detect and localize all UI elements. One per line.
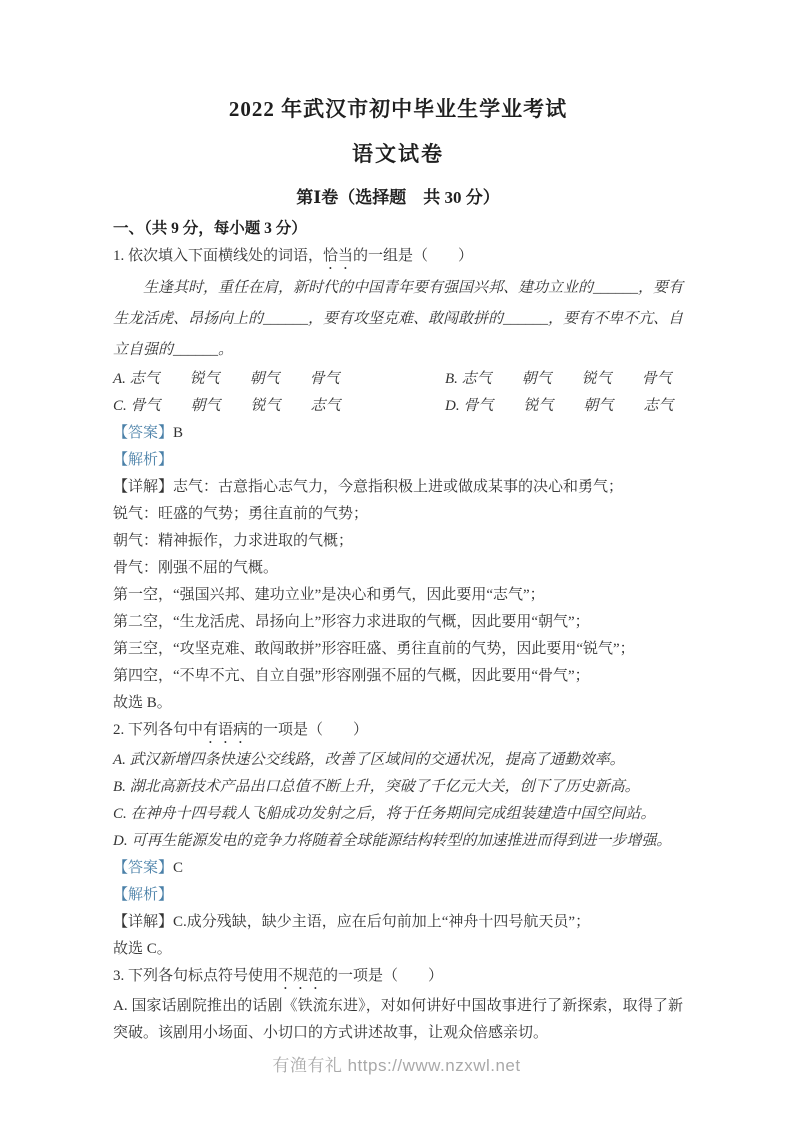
question-1-options-row-1: A. 志气 锐气 朝气 骨气 B. 志气 朝气 锐气 骨气 [113, 366, 683, 393]
analysis-marker: 【解析】 [113, 887, 173, 903]
explanation-line: 朝气：精神振作，力求进取的气概； [113, 528, 683, 555]
document-body: 2022 年武汉市初中毕业生学业考试 语文试卷 第Ⅰ卷（选择题 共 30 分） … [113, 0, 683, 1047]
watermark-text: 有渔有礼 https://www.nzxwl.net [272, 1056, 520, 1075]
question-1-option-d: D. 骨气 锐气 朝气 志气 [445, 393, 683, 420]
answer-marker: 【答案】 [113, 425, 173, 441]
question-2-stem: 2. 下列各句中有语病的一项是（ ） [113, 717, 683, 747]
question-3-option-a: A. 国家话剧院推出的话剧《铁流东进》，对如何讲好中国故事进行了新探索，取得了新… [113, 993, 683, 1047]
question-2-option-d: D. 可再生能源发电的竞争力将随着全球能源结构转型的加速推进而得到进一步增强。 [113, 828, 683, 855]
explanation-conclusion: 故选 B。 [113, 690, 683, 717]
explanation-line: 第一空，“强国兴邦、建功立业”是决心和勇气，因此要用“志气”； [113, 582, 683, 609]
explanation-line: 【详解】志气：古意指心志气力，今意指积极上进或做成某事的决心和勇气； [113, 474, 683, 501]
question-2-stem-pre: 2. 下列各句中 [113, 722, 203, 738]
question-1-analysis-line: 【解析】 [113, 447, 683, 474]
watermark-footer: 有渔有礼 https://www.nzxwl.net [0, 1055, 793, 1077]
explanation-conclusion: 故选 C。 [113, 936, 683, 963]
answer-value: B [173, 425, 183, 441]
answer-marker: 【答案】 [113, 860, 173, 876]
explanation-line: 锐气：旺盛的气势；勇往直前的气势； [113, 501, 683, 528]
analysis-marker: 【解析】 [113, 452, 173, 468]
answer-value: C [173, 860, 183, 876]
question-3: 3. 下列各句标点符号使用不规范的一项是（ ） A. 国家话剧院推出的话剧《铁流… [113, 963, 683, 1047]
part-title: 第Ⅰ卷（选择题 共 30 分） [113, 187, 683, 209]
explanation-line: 第四空，“不卑不亢、自立自强”形容刚强不屈的气概，因此要用“骨气”； [113, 663, 683, 690]
page-title: 2022 年武汉市初中毕业生学业考试 [113, 97, 683, 122]
question-3-stem-post: 的一项是（ ） [323, 968, 443, 984]
exam-paper-page: 2022 年武汉市初中毕业生学业考试 语文试卷 第Ⅰ卷（选择题 共 30 分） … [0, 0, 793, 1122]
question-2-option-b: B. 湖北高新技术产品出口总值不断上升，突破了千亿元大关，创下了历史新高。 [113, 774, 683, 801]
page-subtitle: 语文试卷 [113, 142, 683, 167]
question-1-option-a: A. 志气 锐气 朝气 骨气 [113, 366, 445, 393]
explanation-line: 【详解】C.成分残缺，缺少主语，应在后句前加上“神舟十四号航天员”； [113, 909, 683, 936]
explanation-line: 第三空，“攻坚克难、敢闯敢拼”形容旺盛、勇往直前的气势，因此要用“锐气”； [113, 636, 683, 663]
question-1-stem: 1. 依次填入下面横线处的词语，恰当的一组是（ ） [113, 243, 683, 273]
question-3-stem-emphasis: 不规范 [278, 968, 323, 984]
question-1: 1. 依次填入下面横线处的词语，恰当的一组是（ ） 生逢其时，重任在肩，新时代的… [113, 243, 683, 717]
question-2-stem-post: 的一项是（ ） [248, 722, 368, 738]
question-1-option-c: C. 骨气 朝气 锐气 志气 [113, 393, 445, 420]
question-2-answer-line: 【答案】C [113, 855, 683, 882]
question-1-option-b: B. 志气 朝气 锐气 骨气 [445, 366, 683, 393]
section-heading: 一、（共 9 分，每小题 3 分） [113, 218, 683, 239]
question-1-passage: 生逢其时，重任在肩，新时代的中国青年要有强国兴邦、建功立业的______，要有生… [113, 273, 683, 366]
question-2-option-a: A. 武汉新增四条快速公交线路，改善了区域间的交通状况，提高了通勤效率。 [113, 747, 683, 774]
question-1-options-row-2: C. 骨气 朝气 锐气 志气 D. 骨气 锐气 朝气 志气 [113, 393, 683, 420]
explanation-line: 第二空，“生龙活虎、昂扬向上”形容力求进取的气概，因此要用“朝气”； [113, 609, 683, 636]
question-1-stem-post: 的一组是（ ） [353, 248, 473, 264]
question-2-analysis-line: 【解析】 [113, 882, 683, 909]
question-2: 2. 下列各句中有语病的一项是（ ） A. 武汉新增四条快速公交线路，改善了区域… [113, 717, 683, 963]
explanation-line: 骨气：刚强不屈的气概。 [113, 555, 683, 582]
question-3-stem-pre: 3. 下列各句标点符号使用 [113, 968, 278, 984]
question-3-stem: 3. 下列各句标点符号使用不规范的一项是（ ） [113, 963, 683, 993]
question-1-stem-pre: 1. 依次填入下面横线处的词语， [113, 248, 323, 264]
question-2-stem-emphasis: 有语病 [203, 722, 248, 738]
question-1-answer-line: 【答案】B [113, 420, 683, 447]
question-1-stem-emphasis: 恰当 [323, 248, 353, 264]
question-2-option-c: C. 在神舟十四号载人飞船成功发射之后，将于任务期间完成组装建造中国空间站。 [113, 801, 683, 828]
